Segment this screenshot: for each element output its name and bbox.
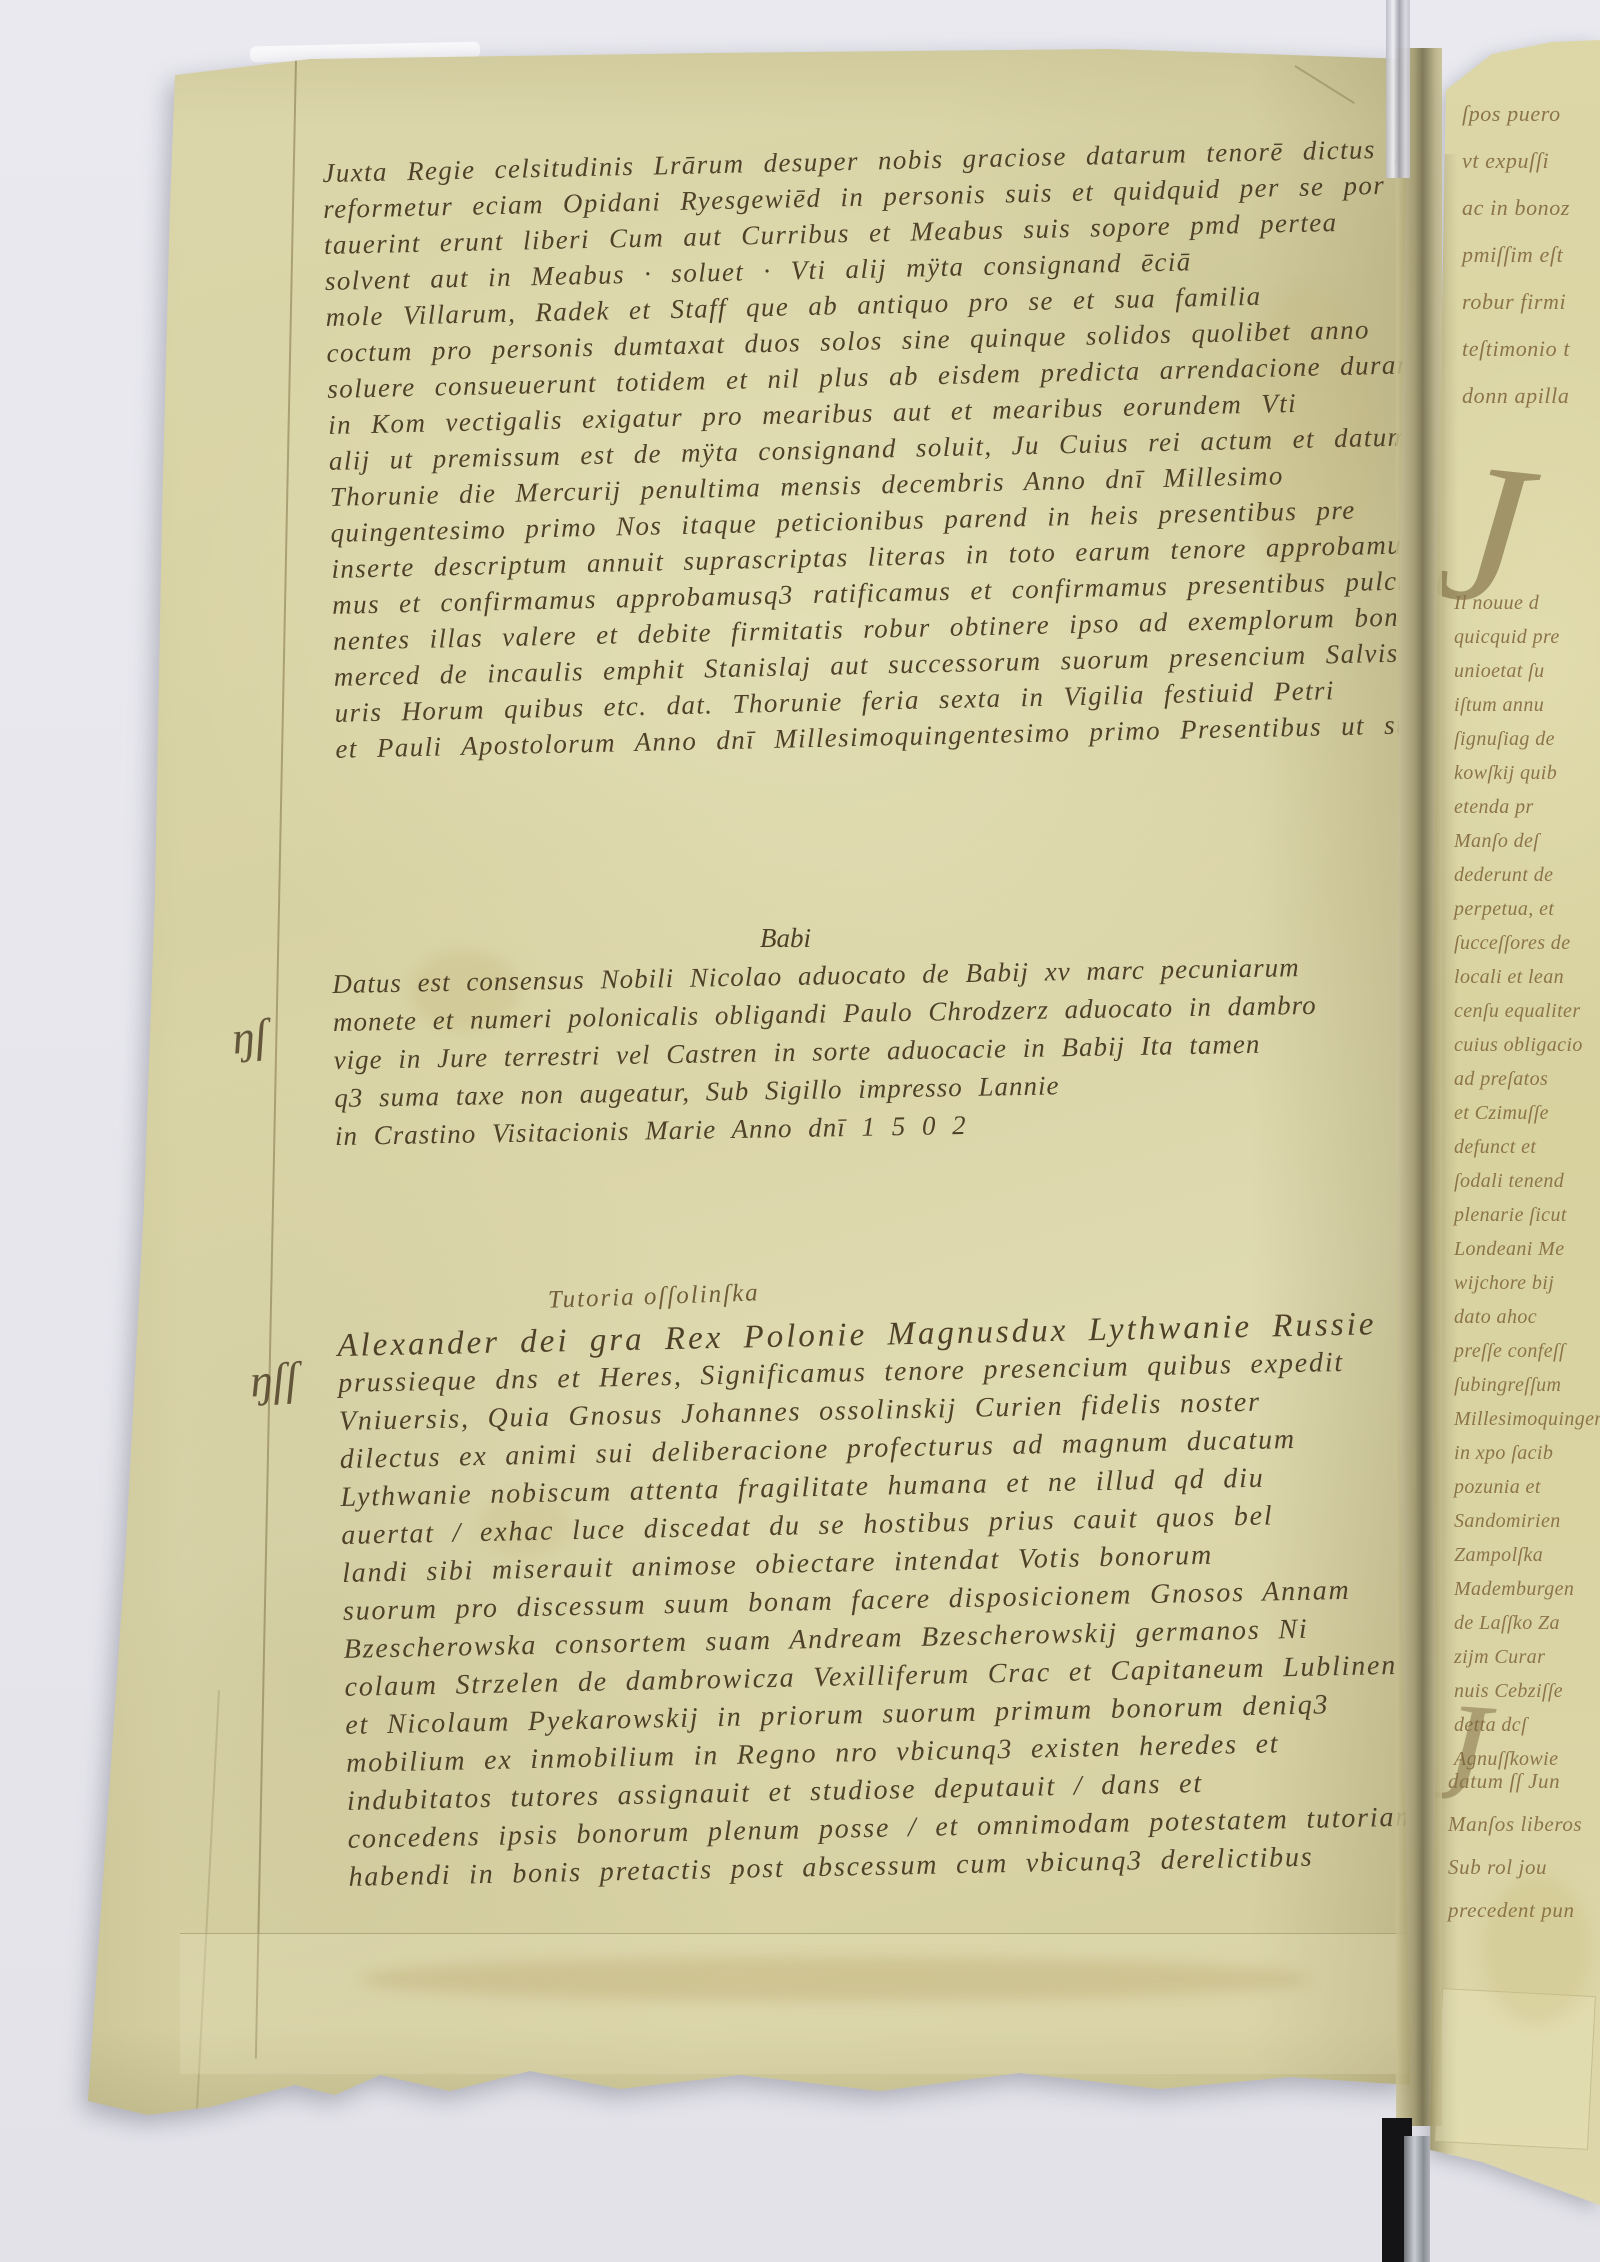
manuscript-line: et Czimuſſe	[1454, 1096, 1600, 1130]
manuscript-line: Londeani Me	[1454, 1232, 1600, 1266]
manuscript-line: Zampolſka	[1454, 1538, 1600, 1572]
manuscript-line: etenda pr	[1454, 790, 1600, 824]
manuscript-line: Il nouue d	[1454, 586, 1600, 620]
manuscript-line: Millesimoquingen	[1454, 1402, 1600, 1436]
manuscript-line: donn apilla	[1462, 372, 1570, 419]
right-page-wrap: ſpos puerovt expuſſiac in bonozpmiſſim e…	[0, 0, 1600, 2262]
photo-backdrop: { "colors": { "backdrop": "#e9e9ef", "pa…	[0, 0, 1600, 2262]
manuscript-line: preſſe confeſſ	[1454, 1334, 1600, 1368]
manuscript-line: ſignuſiag de	[1454, 722, 1600, 756]
manuscript-line: kowſkij quib	[1454, 756, 1600, 790]
manuscript-line: zijm Curar	[1454, 1640, 1600, 1674]
manuscript-line: cuius obligacio	[1454, 1028, 1600, 1062]
manuscript-line: pmiſſim eſt	[1462, 231, 1570, 278]
manuscript-line: dederunt de	[1454, 858, 1600, 892]
manuscript-line: dato ahoc	[1454, 1300, 1600, 1334]
manuscript-line: iſtum annu	[1454, 688, 1600, 722]
manuscript-line: cenſu equaliter	[1454, 994, 1600, 1028]
manuscript-line: ſucceſſores de	[1454, 926, 1600, 960]
manuscript-line: ſodali tenend	[1454, 1164, 1600, 1198]
manuscript-line: plenarie ſicut	[1454, 1198, 1600, 1232]
right-page-bottom-text: datum ſſ JunManſos liberosSub rol joupre…	[1448, 1760, 1582, 1932]
cradle-metal-bar	[1404, 2136, 1430, 2262]
manuscript-line: Sub rol jou	[1448, 1846, 1582, 1889]
manuscript-line: Sandomirien	[1454, 1504, 1600, 1538]
manuscript-line: ad preſatos	[1454, 1062, 1600, 1096]
manuscript-line: Manſo deſ	[1454, 824, 1600, 858]
manuscript-line: precedent pun	[1448, 1889, 1582, 1932]
manuscript-line: ſubingreſſum	[1454, 1368, 1600, 1402]
manuscript-line: defunct et	[1454, 1130, 1600, 1164]
manuscript-line: ſpos puero	[1462, 90, 1570, 137]
manuscript-line: robur firmi	[1462, 278, 1570, 325]
manuscript-line: datum ſſ Jun	[1448, 1760, 1582, 1803]
manuscript-line: ac in bonoz	[1462, 184, 1570, 231]
page-holder-strip	[1386, 0, 1410, 178]
manuscript-line: Mademburgen	[1454, 1572, 1600, 1606]
right-page-top-text: ſpos puerovt expuſſiac in bonozpmiſſim e…	[1462, 90, 1570, 419]
manuscript-line: Manſos liberos	[1448, 1803, 1582, 1846]
manuscript-line: wijchore bij	[1454, 1266, 1600, 1300]
manuscript-line: perpetua, et	[1454, 892, 1600, 926]
manuscript-line: vt expuſſi	[1462, 137, 1570, 184]
page-gutter-shadow	[1396, 48, 1442, 2126]
adjacent-page: ſpos puerovt expuſſiac in bonozpmiſſim e…	[1422, 34, 1600, 2262]
manuscript-line: unioetat ſu	[1454, 654, 1600, 688]
right-page-main-text: Il nouue dquicquid preunioetat ſuiſtum a…	[1454, 586, 1600, 1776]
manuscript-line: teſtimonio t	[1462, 325, 1570, 372]
manuscript-line: in xpo ſacib	[1454, 1436, 1600, 1470]
manuscript-line: locali et lean	[1454, 960, 1600, 994]
manuscript-line: de Laſſko Za	[1454, 1606, 1600, 1640]
manuscript-line: pozunia et	[1454, 1470, 1600, 1504]
manuscript-line: quicquid pre	[1454, 620, 1600, 654]
